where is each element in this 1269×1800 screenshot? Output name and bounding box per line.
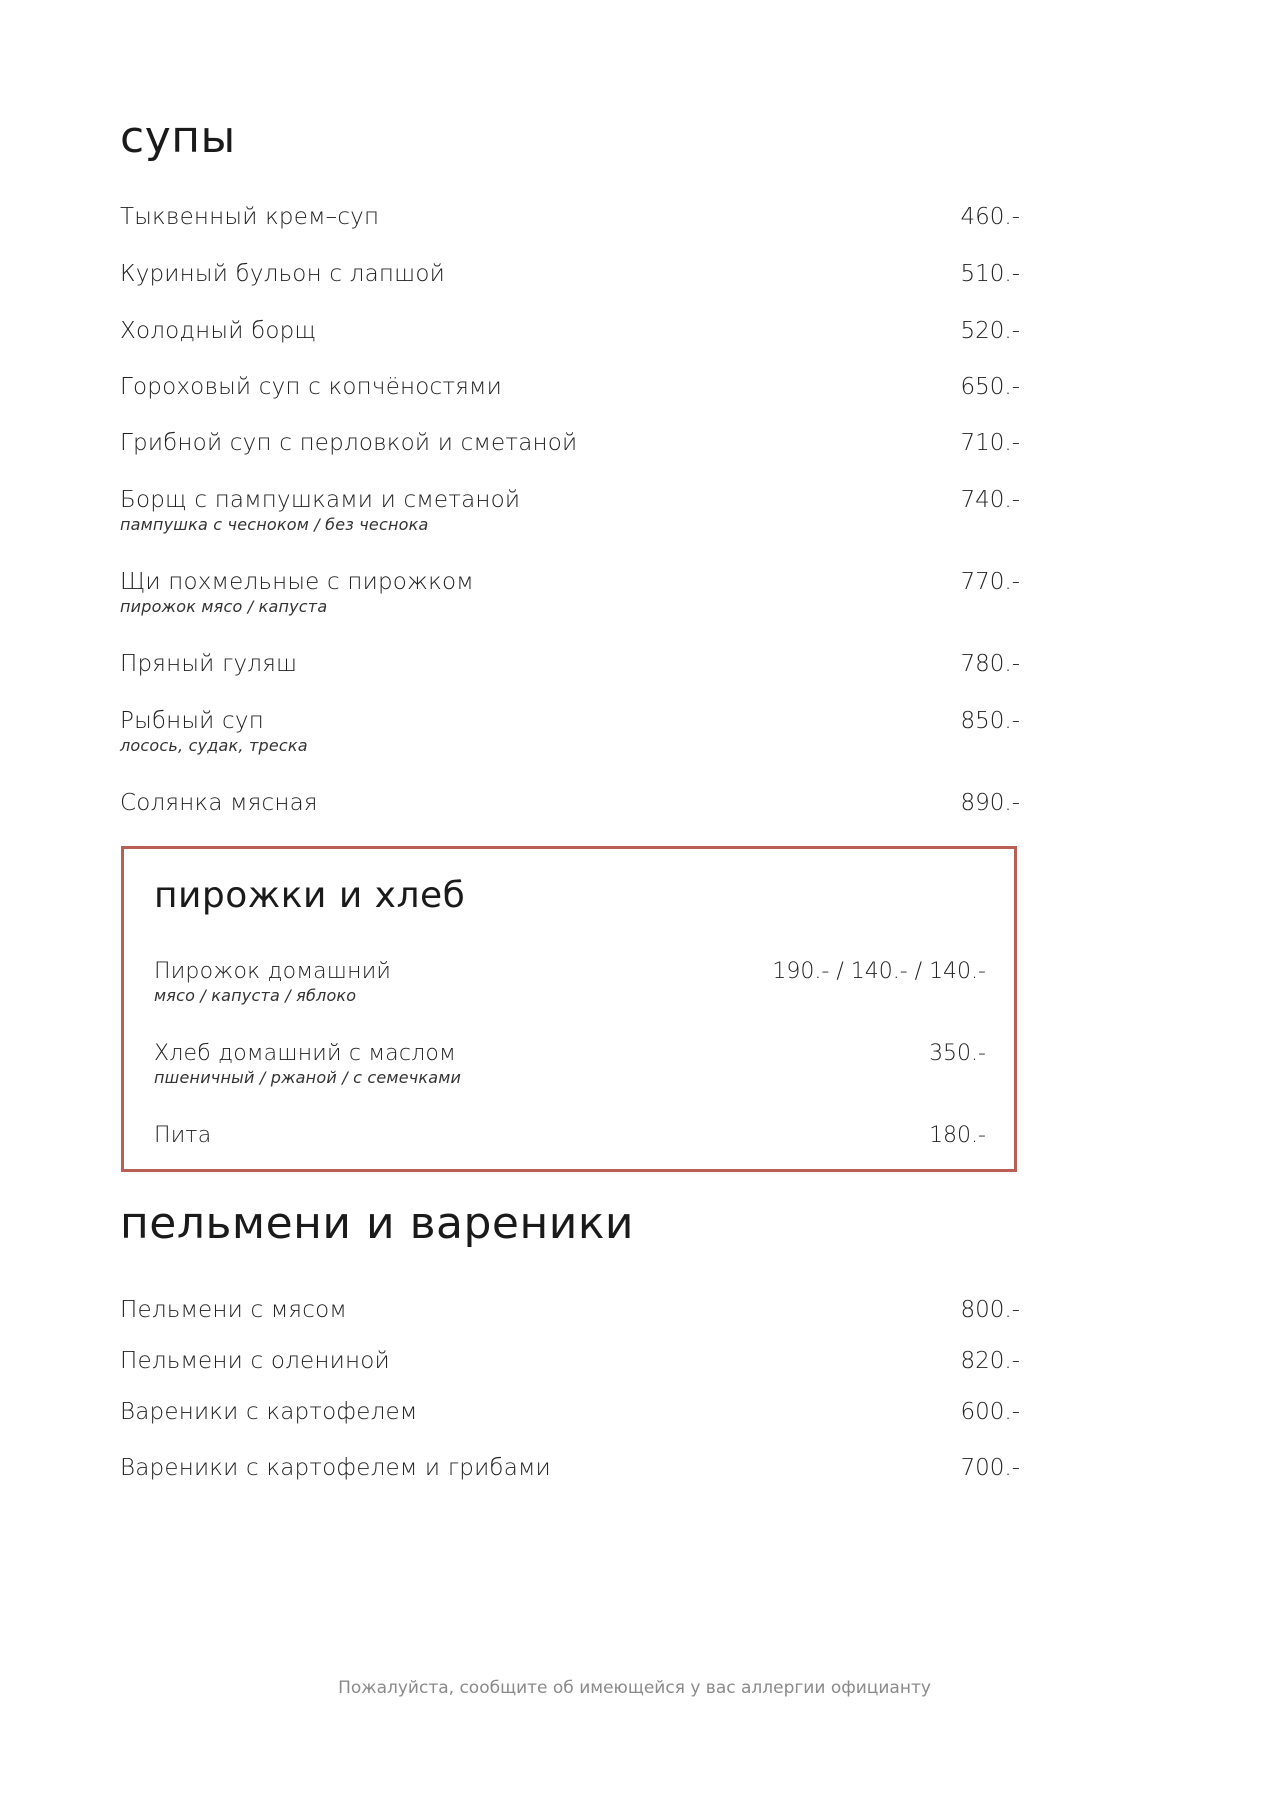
item-description: пшеничный / ржаной / с семечками: [154, 1068, 986, 1087]
menu-item: Вареники с картофелем и грибами 700.-: [120, 1455, 1020, 1481]
menu-item: Холодный борщ 520.-: [120, 318, 1020, 344]
item-name: Куриный бульон с лапшой: [120, 261, 1020, 287]
item-name: Пельмени с мясом: [120, 1297, 1020, 1323]
item-description: пирожок мясо / капуста: [120, 597, 1020, 616]
item-name: Щи похмельные с пирожком: [120, 569, 1020, 595]
item-name: Вареники с картофелем: [120, 1399, 1020, 1425]
menu-item: Борщ с пампушками и сметаной пампушка с …: [120, 487, 1020, 534]
item-price: 890.-: [960, 790, 1020, 816]
item-price: 510.-: [960, 261, 1020, 287]
item-price: 850.-: [960, 708, 1020, 734]
section-title-dumplings: пельмени и вареники: [120, 1198, 634, 1249]
item-name: Пита: [154, 1123, 986, 1148]
item-name: Пельмени с олениной: [120, 1348, 1020, 1374]
item-name: Гороховый суп с копчёностями: [120, 374, 1020, 400]
item-price: 800.-: [960, 1297, 1020, 1323]
section-title-pies-bread: пирожки и хлеб: [154, 875, 465, 916]
section-title-soups: супы: [120, 112, 236, 163]
item-price: 650.-: [960, 374, 1020, 400]
item-name: Рыбный суп: [120, 708, 1020, 734]
menu-item: Рыбный суп лосось, судак, треска 850.-: [120, 708, 1020, 755]
item-price: 700.-: [960, 1455, 1020, 1481]
item-name: Грибной суп с перловкой и сметаной: [120, 430, 1020, 456]
menu-item: Пирожок домашний мясо / капуста / яблоко…: [154, 959, 986, 1005]
menu-item: Пельмени с мясом 800.-: [120, 1297, 1020, 1323]
menu-item: Пельмени с олениной 820.-: [120, 1348, 1020, 1374]
menu-item: Щи похмельные с пирожком пирожок мясо / …: [120, 569, 1020, 616]
item-name: Борщ с пампушками и сметаной: [120, 487, 1020, 513]
item-description: мясо / капуста / яблоко: [154, 986, 986, 1005]
item-description: лосось, судак, треска: [120, 736, 1020, 755]
menu-item: Вареники с картофелем 600.-: [120, 1399, 1020, 1425]
pies-bread-box: пирожки и хлеб Пирожок домашний мясо / к…: [121, 846, 1017, 1172]
item-name: Холодный борщ: [120, 318, 1020, 344]
menu-item: Солянка мясная 890.-: [120, 790, 1020, 816]
menu-item: Грибной суп с перловкой и сметаной 710.-: [120, 430, 1020, 456]
item-price: 520.-: [960, 318, 1020, 344]
item-price: 350.-: [929, 1041, 986, 1066]
menu-item: Гороховый суп с копчёностями 650.-: [120, 374, 1020, 400]
item-price: 770.-: [960, 569, 1020, 595]
menu-item: Пряный гуляш 780.-: [120, 651, 1020, 677]
menu-item: Хлеб домашний с маслом пшеничный / ржано…: [154, 1041, 986, 1087]
menu-item: Тыквенный крем–суп 460.-: [120, 204, 1020, 230]
item-name: Тыквенный крем–суп: [120, 204, 1020, 230]
allergy-note: Пожалуйста, сообщите об имеющейся у вас …: [0, 1678, 1269, 1698]
menu-item: Пита 180.-: [154, 1123, 986, 1148]
item-name: Вареники с картофелем и грибами: [120, 1455, 1020, 1481]
item-name: Солянка мясная: [120, 790, 1020, 816]
menu-item: Куриный бульон с лапшой 510.-: [120, 261, 1020, 287]
item-price: 190.- / 140.- / 140.-: [772, 959, 986, 984]
item-price: 740.-: [960, 487, 1020, 513]
item-price: 820.-: [960, 1348, 1020, 1374]
item-name: Пряный гуляш: [120, 651, 1020, 677]
item-price: 710.-: [960, 430, 1020, 456]
item-price: 600.-: [960, 1399, 1020, 1425]
item-price: 780.-: [960, 651, 1020, 677]
item-name: Хлеб домашний с маслом: [154, 1041, 986, 1066]
item-description: пампушка с чесноком / без чеснока: [120, 515, 1020, 534]
item-price: 180.-: [929, 1123, 986, 1148]
item-price: 460.-: [960, 204, 1020, 230]
